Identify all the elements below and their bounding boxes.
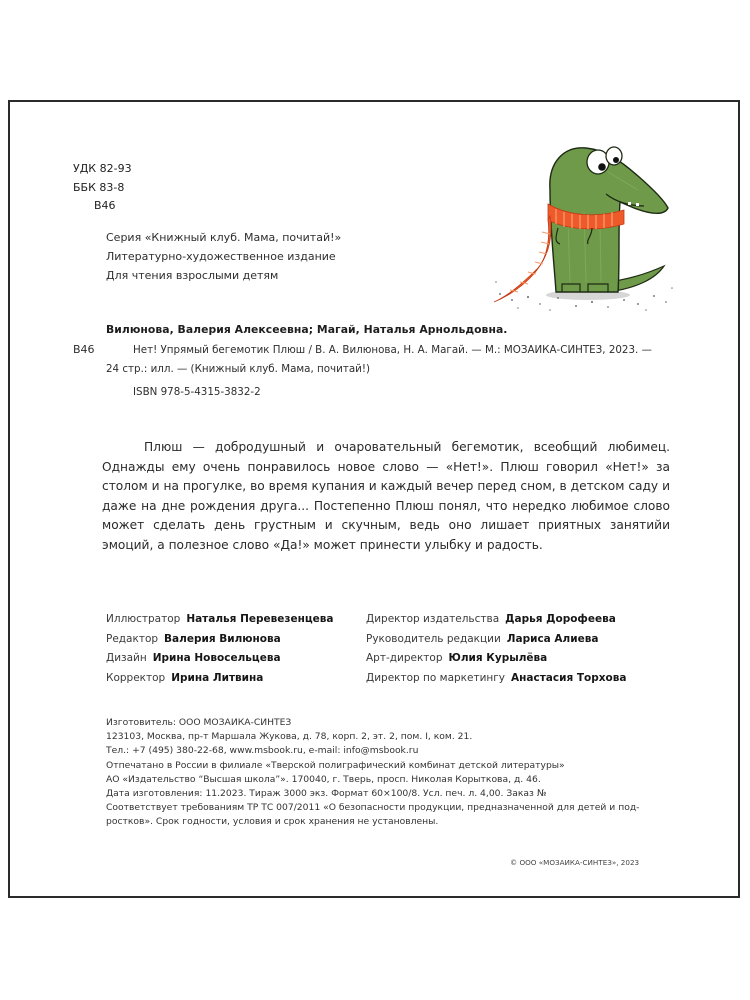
bibliographic-authors: Вилюнова, Валерия Алексеевна; Магай, Нат… xyxy=(106,323,507,336)
credit-row: ИллюстраторНаталья Перевезенцева xyxy=(106,610,334,630)
imprint-line: 123103, Москва, пр-т Маршала Жукова, д. … xyxy=(106,730,640,744)
bbk-code: ББК 83-8 xyxy=(73,179,132,198)
credit-role: Дизайн xyxy=(106,652,147,664)
bibliographic-mark: В46 xyxy=(73,343,95,356)
isbn: ISBN 978-5-4315-3832-2 xyxy=(133,386,261,398)
copyright-notice: © ООО «МОЗАИКА-СИНТЕЗ», 2023 xyxy=(510,858,639,867)
credit-role: Руководитель редакции xyxy=(366,633,501,645)
imprint-line: Изготовитель: ООО МОЗАИКА-СИНТЕЗ xyxy=(106,716,640,730)
udk-code: УДК 82-93 xyxy=(73,160,132,179)
book-annotation: Плюш — добродушный и очаровательный беге… xyxy=(102,438,670,556)
credit-role: Корректор xyxy=(106,672,165,684)
credit-role: Арт-директор xyxy=(366,652,443,664)
credit-role: Директор по маркетингу xyxy=(366,672,505,684)
credit-name: Ирина Литвина xyxy=(171,672,263,684)
edition-type: Литературно-художественное издание xyxy=(106,247,341,266)
credit-name: Наталья Перевезенцева xyxy=(186,613,333,625)
credit-row: Руководитель редакцииЛариса Алиева xyxy=(366,630,626,650)
imprint-line: ростков». Срок годности, условия и срок … xyxy=(106,815,640,829)
credit-name: Анастасия Торхова xyxy=(511,672,626,684)
credit-name: Лариса Алиева xyxy=(507,633,599,645)
bibliographic-extent: 24 стр.: илл. — (Книжный клуб. Мама, поч… xyxy=(106,363,370,375)
credit-name: Валерия Вилюнова xyxy=(164,633,281,645)
series-line: Серия «Книжный клуб. Мама, почитай!» xyxy=(106,228,341,247)
audience-line: Для чтения взрослыми детям xyxy=(106,266,341,285)
imprint-line: АО «Издательство “Высшая школа”». 170040… xyxy=(106,773,640,787)
credit-row: РедакторВалерия Вилюнова xyxy=(106,630,334,650)
imprint-line: Отпечатано в России в филиале «Тверской … xyxy=(106,759,640,773)
imprint-info: Изготовитель: ООО МОЗАИКА-СИНТЕЗ 123103,… xyxy=(106,716,640,830)
credit-row: Директор издательстваДарья Дорофеева xyxy=(366,610,626,630)
crocodile-illustration xyxy=(488,132,678,312)
author-mark: В46 xyxy=(73,197,132,216)
credit-name: Юлия Курылёва xyxy=(449,652,548,664)
credits-left: ИллюстраторНаталья Перевезенцева Редакто… xyxy=(106,610,334,688)
credits-right: Директор издательстваДарья Дорофеева Рук… xyxy=(366,610,626,688)
imprint-line: Тел.: +7 (495) 380-22-68, www.msbook.ru,… xyxy=(106,744,640,758)
bibliographic-title-line: Нет! Упрямый бегемотик Плюш / В. А. Вилю… xyxy=(133,344,652,356)
credit-role: Редактор xyxy=(106,633,158,645)
credit-role: Директор издательства xyxy=(366,613,499,625)
annotation-text: Плюш — добродушный и очаровательный беге… xyxy=(102,438,670,556)
credit-name: Дарья Дорофеева xyxy=(505,613,616,625)
credit-role: Иллюстратор xyxy=(106,613,180,625)
credit-row: Арт-директорЮлия Курылёва xyxy=(366,649,626,669)
classification-codes: УДК 82-93 ББК 83-8 В46 xyxy=(73,160,132,216)
credit-name: Ирина Новосельцева xyxy=(153,652,281,664)
imprint-line: Дата изготовления: 11.2023. Тираж 3000 э… xyxy=(106,787,640,801)
credit-row: ДизайнИрина Новосельцева xyxy=(106,649,334,669)
imprint-line: Соответствует требованиям ТР ТС 007/2011… xyxy=(106,801,640,815)
series-info: Серия «Книжный клуб. Мама, почитай!» Лит… xyxy=(106,228,341,285)
credit-row: КорректорИрина Литвина xyxy=(106,669,334,689)
credit-row: Директор по маркетингуАнастасия Торхова xyxy=(366,669,626,689)
